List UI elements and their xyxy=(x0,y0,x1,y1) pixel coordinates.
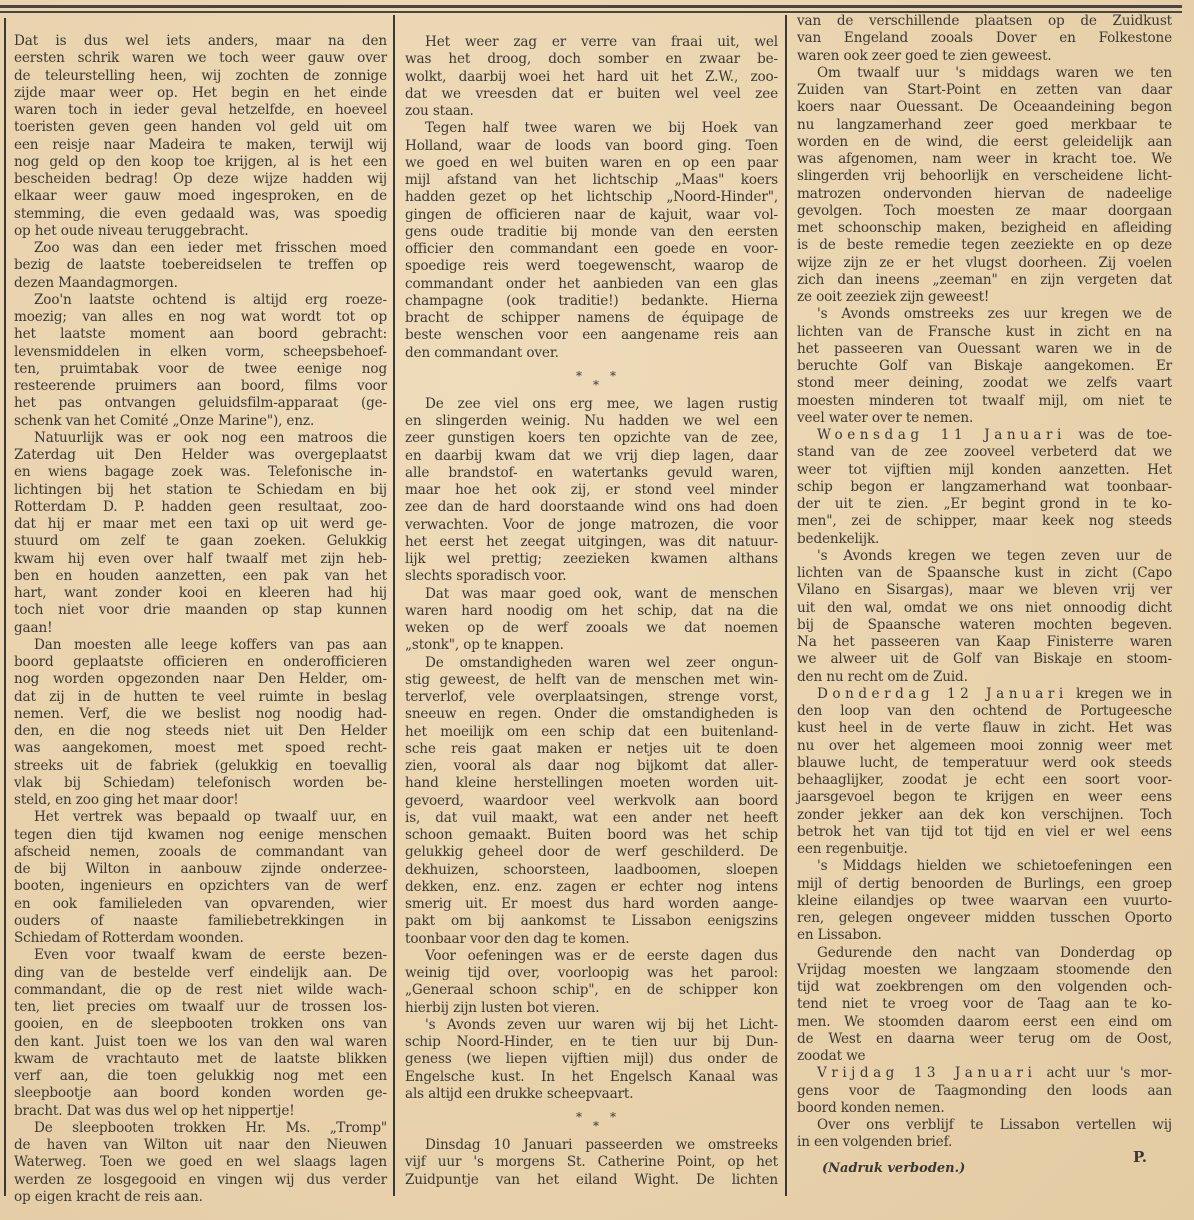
text-line: schip Noord-Hinder, en te tien uur bij D… xyxy=(405,1034,778,1051)
text-line: zoodat we xyxy=(797,1048,1172,1065)
text-line: vijf uur 's morgens St. Catherine Point,… xyxy=(405,1154,778,1171)
text-line: ren, gelegen ongeveer midden tusschen Op… xyxy=(797,910,1172,927)
text-line: lichten van de Fransche kust in zicht en… xyxy=(797,324,1172,341)
text-line: 's Avonds zeven uur waren wij bij het Li… xyxy=(405,1017,778,1034)
text-line: hart, want zonder kooi en kleeren had hi… xyxy=(14,585,387,602)
text-line: een regenbuitje. xyxy=(797,841,1172,858)
text-line: en wiens bagage zoek was. Telefonische i… xyxy=(14,464,387,481)
text-line: in een volgenden brief. xyxy=(797,1134,1172,1151)
text-line: weinig tijd over, voorloopig was het par… xyxy=(405,965,778,982)
paragraph: Natuurlijk was er ook nog een matroos di… xyxy=(14,430,387,637)
text-line: verf aan, die toen gelukkig nog met een xyxy=(14,1068,387,1085)
text-line: lijk wel prettig; zeezieken kwamen altha… xyxy=(405,551,778,568)
text-line: en slingerden weinig. Nu hadden we wel e… xyxy=(405,413,778,430)
text-line: geness (we liepen vijftien mijl) dus ond… xyxy=(405,1051,778,1068)
paragraph: 's Avonds zeven uur waren wij bij het Li… xyxy=(405,1017,778,1103)
text-line: van Engeland zooals Dover en Folkestone xyxy=(797,30,1172,47)
text-line: Het vertrek was bepaald op twaalf uur, e… xyxy=(14,809,387,826)
text-line: bracht de schipper namens de équipage de xyxy=(405,310,778,327)
text-line: nemen. Verf, die we beslist nog noodig h… xyxy=(14,706,387,723)
text-line: vlak bij Schiedam) telefonisch worden be… xyxy=(14,775,387,792)
text-line: ding van de bestelde verf eindelijk aan.… xyxy=(14,965,387,982)
text-line: resteerende pruimers aan boord, films vo… xyxy=(14,378,387,395)
text-line: is de beste remedie tegen zeeziekte en o… xyxy=(797,237,1172,254)
text-line: kwam hij even over half twaalf met zijn … xyxy=(14,551,387,568)
asterism-star: * xyxy=(576,1111,582,1123)
text-line: mijl afstand van het lichtschip „Maas" k… xyxy=(405,172,778,189)
text-line: Zoo was dan een ieder met frisschen moed xyxy=(14,240,387,257)
paragraph: De omstandigheden waren wel zeer ongun-s… xyxy=(405,655,778,948)
text-line: bracht. Dat was dus wel op het nippertje… xyxy=(14,1103,387,1120)
paragraph: Gedurende den nacht van Donderdag opVrij… xyxy=(797,945,1172,1066)
text-line: „stonk", op te knappen. xyxy=(405,637,778,654)
text-line: 's Avonds omstreeks zes uur kregen we de xyxy=(797,306,1172,323)
text-line: 's Avonds kregen we tegen zeven uur de xyxy=(797,548,1172,565)
text-line: moezig; van alles en nog wat wordt tot o… xyxy=(14,309,387,326)
text-line: ben en houden aanzetten, een pak van het xyxy=(14,568,387,585)
text-line: toonbaar voor den dag te komen. xyxy=(405,931,778,948)
text-line: Zuiden van Start-Point en zetten van daa… xyxy=(797,82,1172,99)
text-line: commandant, die op de rest niet wilde wa… xyxy=(14,982,387,999)
asterism-star: * xyxy=(610,370,616,382)
paragraph: 's Middags hielden we schietoefeningen e… xyxy=(797,858,1172,944)
text-line: den, en die nog steeds niet uit Den Held… xyxy=(14,723,387,740)
text-line: we alweer uit de Golf van Biskaje en sto… xyxy=(797,651,1172,668)
text-line: waren ook zeer goed te zien geweest. xyxy=(797,48,1172,65)
text-line: streeks uit de fabriek (gelukkig en toev… xyxy=(14,758,387,775)
text-line: kleine eilandjes op twee waarvan een vuu… xyxy=(797,893,1172,910)
text-line: steld, en zoo ging het maar door! xyxy=(14,792,387,809)
paragraph: De sleepbooten trokken Hr. Ms. „Tromp"de… xyxy=(14,1120,387,1206)
author-signature: P. xyxy=(1133,1148,1147,1166)
text-line: Donderdag 12 Januari kregen we in xyxy=(797,686,1172,703)
text-line: stemming, die even gedaald was, was spoe… xyxy=(14,206,387,223)
text-line: maar hoe het ook zij, er stond veel mind… xyxy=(405,482,778,499)
asterism-star: * xyxy=(576,370,582,382)
text-line: de haven van Wilton uit naar den Nieuwen xyxy=(14,1137,387,1154)
article-column-2: Het weer zag er verre van fraai uit, wel… xyxy=(405,34,778,1189)
text-line: Voor oefeningen was er de eerste dagen d… xyxy=(405,948,778,965)
text-line: schoon gemaakt. Buiten boord was het sch… xyxy=(405,827,778,844)
section-separator: *** xyxy=(405,1103,778,1137)
text-line: was aangekomen, moest met spoed recht- xyxy=(14,740,387,757)
text-line: levensmiddelen in elken vorm, scheepsbeh… xyxy=(14,344,387,361)
text-line: moesten minderen tot twaalf mijl, om nie… xyxy=(797,393,1172,410)
text-line: ten, liet precies om twaalf uur de tross… xyxy=(14,999,387,1016)
text-line: schip begon er langzamerhand wat toonbaa… xyxy=(797,479,1172,496)
text-line: het eerst het zeegat uitgingen, was dit … xyxy=(405,534,778,551)
text-line: ze ooit zeeziek zijn geweest! xyxy=(797,289,1172,306)
column-rule-2 xyxy=(785,15,787,1196)
text-line: zijde maar weer op. Het begin en het ein… xyxy=(14,85,387,102)
text-line: gooien, en de sleepbooten trokken ons va… xyxy=(14,1016,387,1033)
text-line: spoedige reis werd toegewenscht, waarop … xyxy=(405,258,778,275)
text-line: was het droog, doch somber en zwaar be- xyxy=(405,51,778,68)
text-line: sneeuw en regen. Onder die omstandighede… xyxy=(405,706,778,723)
text-line: lichten van de Spaansche kust in zicht (… xyxy=(797,565,1172,582)
text-line: nu over het algemeen mooi zonnig weer me… xyxy=(797,738,1172,755)
text-line: zou staan. xyxy=(405,103,778,120)
text-line: pakt om bij aankomst te Lissabon eenigsz… xyxy=(405,913,778,930)
text-line: stuurd om zelf te gaan zoeken. Gelukkig xyxy=(14,533,387,550)
text-line: Vrijdag moesten we langzaam stoomende de… xyxy=(797,962,1172,979)
text-line: Tegen half twee waren we bij Hoek van xyxy=(405,120,778,137)
article-column-3: van de verschillende plaatsen op de Zuid… xyxy=(797,13,1172,1152)
text-line: Om twaalf uur 's middags waren we ten xyxy=(797,65,1172,82)
paragraph: Dat was maar goed ook, want de menschenw… xyxy=(405,586,778,655)
text-line: dat zij in de hutten te veel ruimte in b… xyxy=(14,689,387,706)
text-line: waren toch in ieder geval hetzelfde, en … xyxy=(14,102,387,119)
paragraph: Even voor twaalf kwam de eerste bezen-di… xyxy=(14,947,387,1120)
paragraph: Het vertrek was bepaald op twaalf uur, e… xyxy=(14,809,387,947)
text-line: beruchte Golf van Biskaje aangekomen. Er xyxy=(797,358,1172,375)
text-line: met schoonschip maken, bezigheid en afle… xyxy=(797,220,1172,237)
text-line: weken op de werf zooals we dat noemen xyxy=(405,620,778,637)
paragraph: De zee viel ons erg mee, we lagen rustig… xyxy=(405,396,778,586)
text-line: jaarsgevoel begon te krijgen en weer een… xyxy=(797,789,1172,806)
text-line: Vrijdag 13 Januari acht uur 's mor- xyxy=(797,1065,1172,1082)
text-line: den commandant over. xyxy=(405,345,778,362)
text-line: toch niet voor drie maanden op stap kunn… xyxy=(14,602,387,619)
text-line: worden en de wind, die eerst geleidelijk… xyxy=(797,134,1172,151)
paragraph: Voor oefeningen was er de eerste dagen d… xyxy=(405,948,778,1017)
paragraph: Het weer zag er verre van fraai uit, wel… xyxy=(405,34,778,120)
text-line: zee dan de hard doorstaande wind ons had… xyxy=(405,499,778,516)
text-line: dekhuizen, schoorsteen, laadboomen, sloe… xyxy=(405,862,778,879)
text-line: en daarbij kwam dat we vrij diep lagen, … xyxy=(405,448,778,465)
text-line: men. We stoomden daarom eerst een eind o… xyxy=(797,1014,1172,1031)
paragraph: Over ons verblijf te Lissabon vertellen … xyxy=(797,1117,1172,1152)
text-line: den loop van den ochtend de Portugeesche xyxy=(797,703,1172,720)
text-line: sleepbootje aan boord konden worden ge- xyxy=(14,1085,387,1102)
section-separator: *** xyxy=(405,362,778,396)
text-line: Zaterdag uit Den Helder was overgeplaats… xyxy=(14,447,387,464)
text-line: den kant. Juist toen we los van den wal … xyxy=(14,1034,387,1051)
text-line: het moeilijk om een schip dat een buiten… xyxy=(405,724,778,741)
text-line: ouders of naaste familiebetrekkingen in xyxy=(14,913,387,930)
paragraph: Woensdag 11 Januari was de toe-stand van… xyxy=(797,427,1172,548)
text-line: op eigen kracht de reis aan. xyxy=(14,1189,387,1206)
text-line: gevoerd, waardoor veel werkvolk aan boor… xyxy=(405,793,778,810)
text-line: Zuidpuntje van het eiland Wight. De lich… xyxy=(405,1172,778,1189)
text-line: Natuurlijk was er ook nog een matroos di… xyxy=(14,430,387,447)
text-line: alle brandstof- en watertanks gevuld war… xyxy=(405,465,778,482)
text-line: schenk van het Comité „Onze Marine"), en… xyxy=(14,413,387,430)
text-line: gaan! xyxy=(14,620,387,637)
text-line: men", zei de schipper, maar keek nog ste… xyxy=(797,513,1172,530)
text-line: eersten schrik waren we toch weer gauw o… xyxy=(14,50,387,67)
text-line: Dinsdag 10 Januari passeerden we omstree… xyxy=(405,1137,778,1154)
text-line: bezig de laatste toebereidselen te treff… xyxy=(14,257,387,274)
text-line: sche reis gaat maken er netjes uit te do… xyxy=(405,741,778,758)
text-line: champagne (ook traditie!) bedankte. Hier… xyxy=(405,293,778,310)
text-line: veel water over te nemen. xyxy=(797,410,1172,427)
paragraph: Dan moesten alle leege koffers van pas a… xyxy=(14,637,387,810)
text-line: Het weer zag er verre van fraai uit, wel xyxy=(405,34,778,51)
text-line: koers naar Ouessant. De Oceaandeining be… xyxy=(797,99,1172,116)
text-line: Dat was maar goed ook, want de menschen xyxy=(405,586,778,603)
text-line: het passeeren van Ouessant waren we in d… xyxy=(797,341,1172,358)
text-line: wijze zijn ze er het vlugst doorheen. Zi… xyxy=(797,255,1172,272)
text-line: Engelsche kust. In het Engelsch Kanaal w… xyxy=(405,1069,778,1086)
paragraph: Donderdag 12 Januari kregen we inden loo… xyxy=(797,686,1172,859)
reprint-notice: (Nadruk verboden.) xyxy=(822,1161,965,1176)
text-line: gevolgen. Toch moesten ze maar doorgaan xyxy=(797,203,1172,220)
text-line: De sleepbooten trokken Hr. Ms. „Tromp" xyxy=(14,1120,387,1137)
text-line: Dan moesten alle leege koffers van pas a… xyxy=(14,637,387,654)
text-line: booten, ingenieurs en opzichters van de … xyxy=(14,878,387,895)
text-line: Dat is dus wel iets anders, maar na den xyxy=(14,33,387,50)
date-heading: Woensdag 11 Januari xyxy=(817,427,1066,443)
text-line: officier den commandant een goede en voo… xyxy=(405,241,778,258)
text-line: behaaglijker, zoodat je echt een soort v… xyxy=(797,772,1172,789)
text-line: hand kleine herstellingen moeten worden … xyxy=(405,775,778,792)
text-line: slingerden vrij behoorlijk en verscheide… xyxy=(797,168,1172,185)
text-line: De omstandigheden waren wel zeer ongun- xyxy=(405,655,778,672)
text-line: op het oude niveau teruggebracht. xyxy=(14,223,387,240)
text-line: kust heel in de verte flauw in zicht. He… xyxy=(797,720,1172,737)
text-line: toeristen geven geen handen vol geld uit… xyxy=(14,119,387,136)
paragraph: Dinsdag 10 Januari passeerden we omstree… xyxy=(405,1137,778,1189)
text-line: nog geld op den koop toe krijgen, al is … xyxy=(14,154,387,171)
text-line: dezen Maandagmorgen. xyxy=(14,275,387,292)
paragraph: Dat is dus wel iets anders, maar na dene… xyxy=(14,33,387,240)
text-line: tend niet te vroeg voor de Taag aan te k… xyxy=(797,996,1172,1013)
text-line: hierbij zijn lusten bot vieren. xyxy=(405,1000,778,1017)
text-line: ten, pruimtabak voor de twee eenige nog xyxy=(14,361,387,378)
text-line: den nu recht om de Zuid. xyxy=(797,669,1172,686)
text-line: gingen de officieren naar de kajuit, waa… xyxy=(405,207,778,224)
text-line: boord geplaatste officieren en onderoffi… xyxy=(14,654,387,671)
text-line: dekken, enz. enz. zagen er echter nog in… xyxy=(405,879,778,896)
text-line: Even voor twaalf kwam de eerste bezen- xyxy=(14,947,387,964)
text-line: weer tot vijftien mijl konden aanzetten.… xyxy=(797,462,1172,479)
text-line: blauwe lucht, de temperatuur werd ook st… xyxy=(797,755,1172,772)
paragraph: Tegen half twee waren we bij Hoek vanHol… xyxy=(405,120,778,362)
text-line: bescheiden bedrag! Op deze wijze hadden … xyxy=(14,171,387,188)
asterism-star: * xyxy=(593,1120,599,1132)
text-line: 's Middags hielden we schietoefeningen e… xyxy=(797,858,1172,875)
text-line: dat we vreesden dat er buiten wel veel z… xyxy=(405,86,778,103)
text-line: bedenkelijk. xyxy=(797,531,1172,548)
text-line: gelukkig geheel door de werf geschilderd… xyxy=(405,844,778,861)
text-line: „Generaal schoon schip", en de schipper … xyxy=(405,982,778,999)
paragraph: Om twaalf uur 's middags waren we tenZui… xyxy=(797,65,1172,307)
date-heading: Donderdag 12 Januari xyxy=(817,686,1068,702)
text-line: Woensdag 11 Januari was de toe- xyxy=(797,427,1172,444)
text-line: was afgenomen, nam weer in kracht toe. W… xyxy=(797,151,1172,168)
text-line: terverlof, vele overplaatsingen, strenge… xyxy=(405,689,778,706)
text-line: mijl of dertig benoorden de Burlings, ee… xyxy=(797,876,1172,893)
text-line: hadden gezet op het lichtschip „Noord-Hi… xyxy=(405,189,778,206)
text-line: en ook familieleden van opvarenden, wier xyxy=(14,896,387,913)
text-line: de West en daarna weer terug om de Oost, xyxy=(797,1031,1172,1048)
text-line: Waterweg. Toen we goed en wel slaags lag… xyxy=(14,1154,387,1171)
text-line: elkaar weer gauw moed ingesproken, en de xyxy=(14,188,387,205)
text-line: stond meer deining, zoodat we zelfs vaar… xyxy=(797,375,1172,392)
text-line: matrozen ondervonden hiervan de nadeelig… xyxy=(797,186,1172,203)
text-line: Schiedam of Rotterdam woonden. xyxy=(14,930,387,947)
text-line: beste wenschen voor een aangename reis a… xyxy=(405,327,778,344)
text-line: kwam de vrachtauto met de laatste blikke… xyxy=(14,1051,387,1068)
text-line: is, dat vuil maakt, wat een ander net he… xyxy=(405,810,778,827)
column-rule-1 xyxy=(393,15,395,1196)
text-line: gens oude traditie bij monde van den eer… xyxy=(405,224,778,241)
text-line: Rotterdam D. P. hadden geen resultaat, z… xyxy=(14,499,387,516)
top-rule xyxy=(0,5,1182,8)
text-line: betrok het van tijd tot tijd en viel er … xyxy=(797,824,1172,841)
paragraph: Zoo was dan een ieder met frisschen moed… xyxy=(14,240,387,292)
paragraph: 's Avonds omstreeks zes uur kregen we de… xyxy=(797,306,1172,427)
paragraph: Zoo'n laatste ochtend is altijd erg roez… xyxy=(14,292,387,430)
asterism-star: * xyxy=(610,1111,616,1123)
text-line: het laatste moment aan boord gebracht: xyxy=(14,326,387,343)
text-line: de teleurstelling heen, wij zochten de z… xyxy=(14,68,387,85)
text-line: uit den wal, omdat we ons niet onnoodig … xyxy=(797,600,1172,617)
text-line: bij de Spaansche wateren mochten begeven… xyxy=(797,617,1172,634)
text-line: tegen dien tijd kwamen nog eenige mensch… xyxy=(14,827,387,844)
text-line: Holland, waar de loods van boord ging. T… xyxy=(405,138,778,155)
text-line: der uit te zien. „Er begint grond in te … xyxy=(797,496,1172,513)
text-line: het pas ontvangen geluidsfilm-apparaat (… xyxy=(14,395,387,412)
text-line: waren hard noodig om het schip, dat na d… xyxy=(405,603,778,620)
text-line: zeer gunstigen koers ten opzichte van de… xyxy=(405,430,778,447)
text-line: gens voor de Taagmonding den loods aan xyxy=(797,1083,1172,1100)
text-line: werden ze losgegooid en vingen wij dus v… xyxy=(14,1172,387,1189)
paragraph: Vrijdag 13 Januari acht uur 's mor-gens … xyxy=(797,1065,1172,1117)
text-line: stig geweest, de helft van de menschen m… xyxy=(405,672,778,689)
text-line: nog worden opgezonden naar Den Helder, o… xyxy=(14,671,387,688)
text-line: De zee viel ons erg mee, we lagen rustig xyxy=(405,396,778,413)
text-line: lichtingen bij het station te Schiedam e… xyxy=(14,482,387,499)
text-line: wolkt, daarbij woei het hard uit het Z.W… xyxy=(405,69,778,86)
text-line: als altijd een drukke scheepvaart. xyxy=(405,1086,778,1103)
date-heading: Vrijdag 13 Januari xyxy=(817,1065,1036,1081)
text-line: stand van de zee zooveel verbeterd dat w… xyxy=(797,444,1172,461)
text-line: commandant onder het aanbieden van een g… xyxy=(405,276,778,293)
text-line: zich dan ineens „zeeman" en zijn vergete… xyxy=(797,272,1172,289)
text-line: tijd wat zoekbrengen om den volgenden oc… xyxy=(797,979,1172,996)
text-line: Over ons verblijf te Lissabon vertellen … xyxy=(797,1117,1172,1134)
text-line: smerig uit. Er moest dus hard worden aan… xyxy=(405,896,778,913)
text-line: dat hij er maar met een taxi op uit werd… xyxy=(14,516,387,533)
text-line: een reisje naar Madeira te maken, terwij… xyxy=(14,137,387,154)
text-line: de bij Wilton in aanbouw zijnde onderzee… xyxy=(14,861,387,878)
article-column-1: Dat is dus wel iets anders, maar na dene… xyxy=(14,33,387,1206)
column-rule-left xyxy=(4,18,6,1196)
text-line: afscheid nemen, zooals de commandant van xyxy=(14,844,387,861)
text-line: nu langzamerhand zeer goed merkbaar te xyxy=(797,117,1172,134)
text-line: zonder jekker aan dek kon verschijnen. T… xyxy=(797,807,1172,824)
text-line: verwachten. Voor de jonge matrozen, die … xyxy=(405,517,778,534)
text-line: Vilano en Sisargas), maar we bleven vrij… xyxy=(797,582,1172,599)
text-line: Zoo'n laatste ochtend is altijd erg roez… xyxy=(14,292,387,309)
text-line: en Lissabon. xyxy=(797,927,1172,944)
text-line: we goed en wel buiten waren en op een pa… xyxy=(405,155,778,172)
asterism-star: * xyxy=(593,379,599,391)
text-line: van de verschillende plaatsen op de Zuid… xyxy=(797,13,1172,30)
text-line: Gedurende den nacht van Donderdag op xyxy=(797,945,1172,962)
text-line: Na het passeeren van Kaap Finisterre war… xyxy=(797,634,1172,651)
paragraph: 's Avonds kregen we tegen zeven uur deli… xyxy=(797,548,1172,686)
text-line: slechts sporadisch voor. xyxy=(405,568,778,585)
text-line: zien, vooral als daar nog bijkomt dat al… xyxy=(405,758,778,775)
text-line: boord konden nemen. xyxy=(797,1100,1172,1117)
paragraph: van de verschillende plaatsen op de Zuid… xyxy=(797,13,1172,65)
